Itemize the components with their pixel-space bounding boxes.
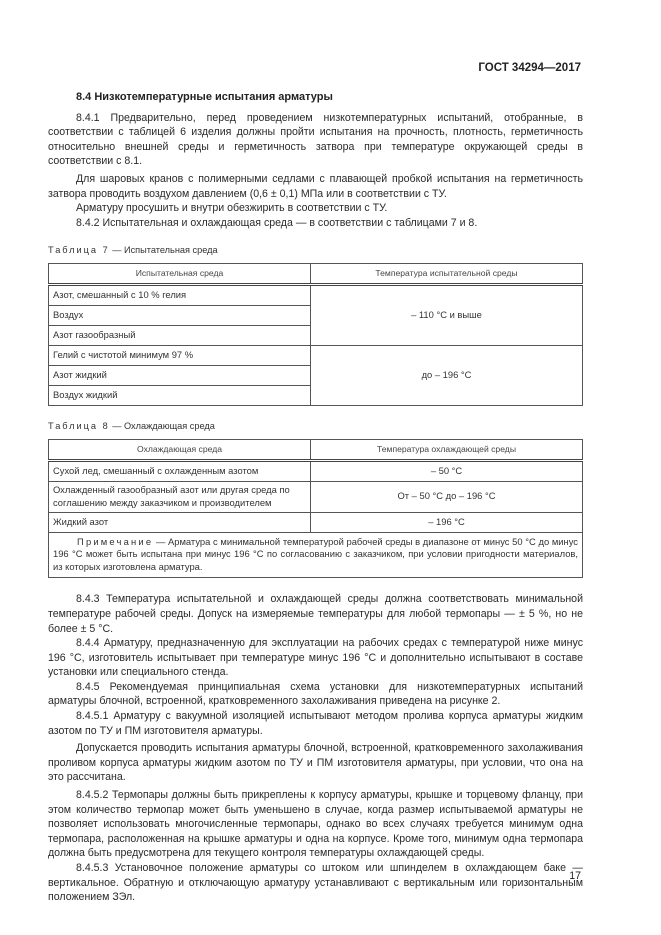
- page-number: 17: [569, 870, 581, 882]
- paragraph-8-4-5: 8.4.5 Рекомендуемая принципиальная схема…: [48, 680, 583, 709]
- paragraph-8-4-5-3: 8.4.5.3 Установочное положение арматуры …: [48, 861, 583, 905]
- paragraph-ball-valves: Для шаровых кранов с полимерными седлами…: [48, 172, 583, 201]
- table8-medium: Жидкий азот: [49, 512, 311, 532]
- table8-caption-title: — Охлаждающая среда: [110, 421, 215, 431]
- table-row: Сухой лед, смешанный с охлажденным азото…: [49, 460, 583, 481]
- table8-temperature: – 196 °С: [311, 512, 583, 532]
- table7-caption-prefix: Таблица 7: [48, 245, 110, 255]
- paragraph-allowed: Допускается проводить испытания арматуры…: [48, 741, 583, 785]
- table8-medium: Сухой лед, смешанный с охлажденным азото…: [49, 460, 311, 481]
- table8-header-medium: Охлаждающая среда: [49, 439, 311, 460]
- table8-caption-prefix: Таблица 8: [48, 421, 110, 431]
- table7-header-medium: Испытательная среда: [49, 263, 311, 284]
- table7-caption: Таблица 7 — Испытательная среда: [48, 243, 583, 258]
- table7-medium: Азот жидкий: [49, 365, 311, 385]
- table8-caption: Таблица 8 — Охлаждающая среда: [48, 419, 583, 434]
- paragraph-8-4-5-1: 8.4.5.1 Арматуру с вакуумной изоляцией и…: [48, 709, 583, 738]
- paragraph-8-4-4: 8.4.4 Арматуру, предназначенную для эксп…: [48, 636, 583, 680]
- table8-note: Примечание — Арматура с минимальной темп…: [49, 532, 583, 578]
- table-row: Гелий с чистотой минимум 97 % до – 196 °…: [49, 345, 583, 365]
- note-label: Примечание: [77, 536, 153, 547]
- table7-medium: Азот газообразный: [49, 325, 311, 345]
- table8-temperature: От – 50 °С до – 196 °С: [311, 481, 583, 512]
- document-id: ГОСТ 34294—2017: [478, 62, 581, 74]
- table8-medium: Охлажденный газообразный азот или другая…: [49, 481, 311, 512]
- table-note-row: Примечание — Арматура с минимальной темп…: [49, 532, 583, 578]
- section-title: 8.4 Низкотемпературные испытания арматур…: [76, 90, 583, 105]
- paragraph-degrease: Арматуру просушить и внутри обезжирить в…: [48, 201, 583, 216]
- table-row: Охлажденный газообразный азот или другая…: [49, 481, 583, 512]
- table-cooling-media: Охлаждающая среда Температура охлаждающе…: [48, 439, 583, 579]
- table7-temperature: – 110 °С и выше: [311, 284, 583, 345]
- table7-medium: Воздух: [49, 305, 311, 325]
- table8-temperature: – 50 °С: [311, 460, 583, 481]
- table7-temperature: до – 196 °С: [311, 345, 583, 405]
- paragraph-8-4-3: 8.4.3 Температура испытательной и охлажд…: [48, 592, 583, 636]
- table-test-media: Испытательная среда Температура испытате…: [48, 263, 583, 406]
- table7-header-temperature: Температура испытательной среды: [311, 263, 583, 284]
- table7-medium: Азот, смешанный с 10 % гелия: [49, 284, 311, 305]
- paragraph-8-4-2: 8.4.2 Испытательная и охлаждающая среда …: [48, 216, 583, 231]
- table8-header-temperature: Температура охлаждающей среды: [311, 439, 583, 460]
- table7-medium: Гелий с чистотой минимум 97 %: [49, 345, 311, 365]
- table7-medium: Воздух жидкий: [49, 385, 311, 405]
- table-row: Жидкий азот – 196 °С: [49, 512, 583, 532]
- paragraph-8-4-1: 8.4.1 Предварительно, перед проведением …: [48, 111, 583, 169]
- table7-caption-title: — Испытательная среда: [110, 245, 218, 255]
- page-body: 8.4 Низкотемпературные испытания арматур…: [48, 90, 583, 905]
- paragraph-8-4-5-2: 8.4.5.2 Термопары должны быть прикреплен…: [48, 788, 583, 861]
- table-row: Азот, смешанный с 10 % гелия – 110 °С и …: [49, 284, 583, 305]
